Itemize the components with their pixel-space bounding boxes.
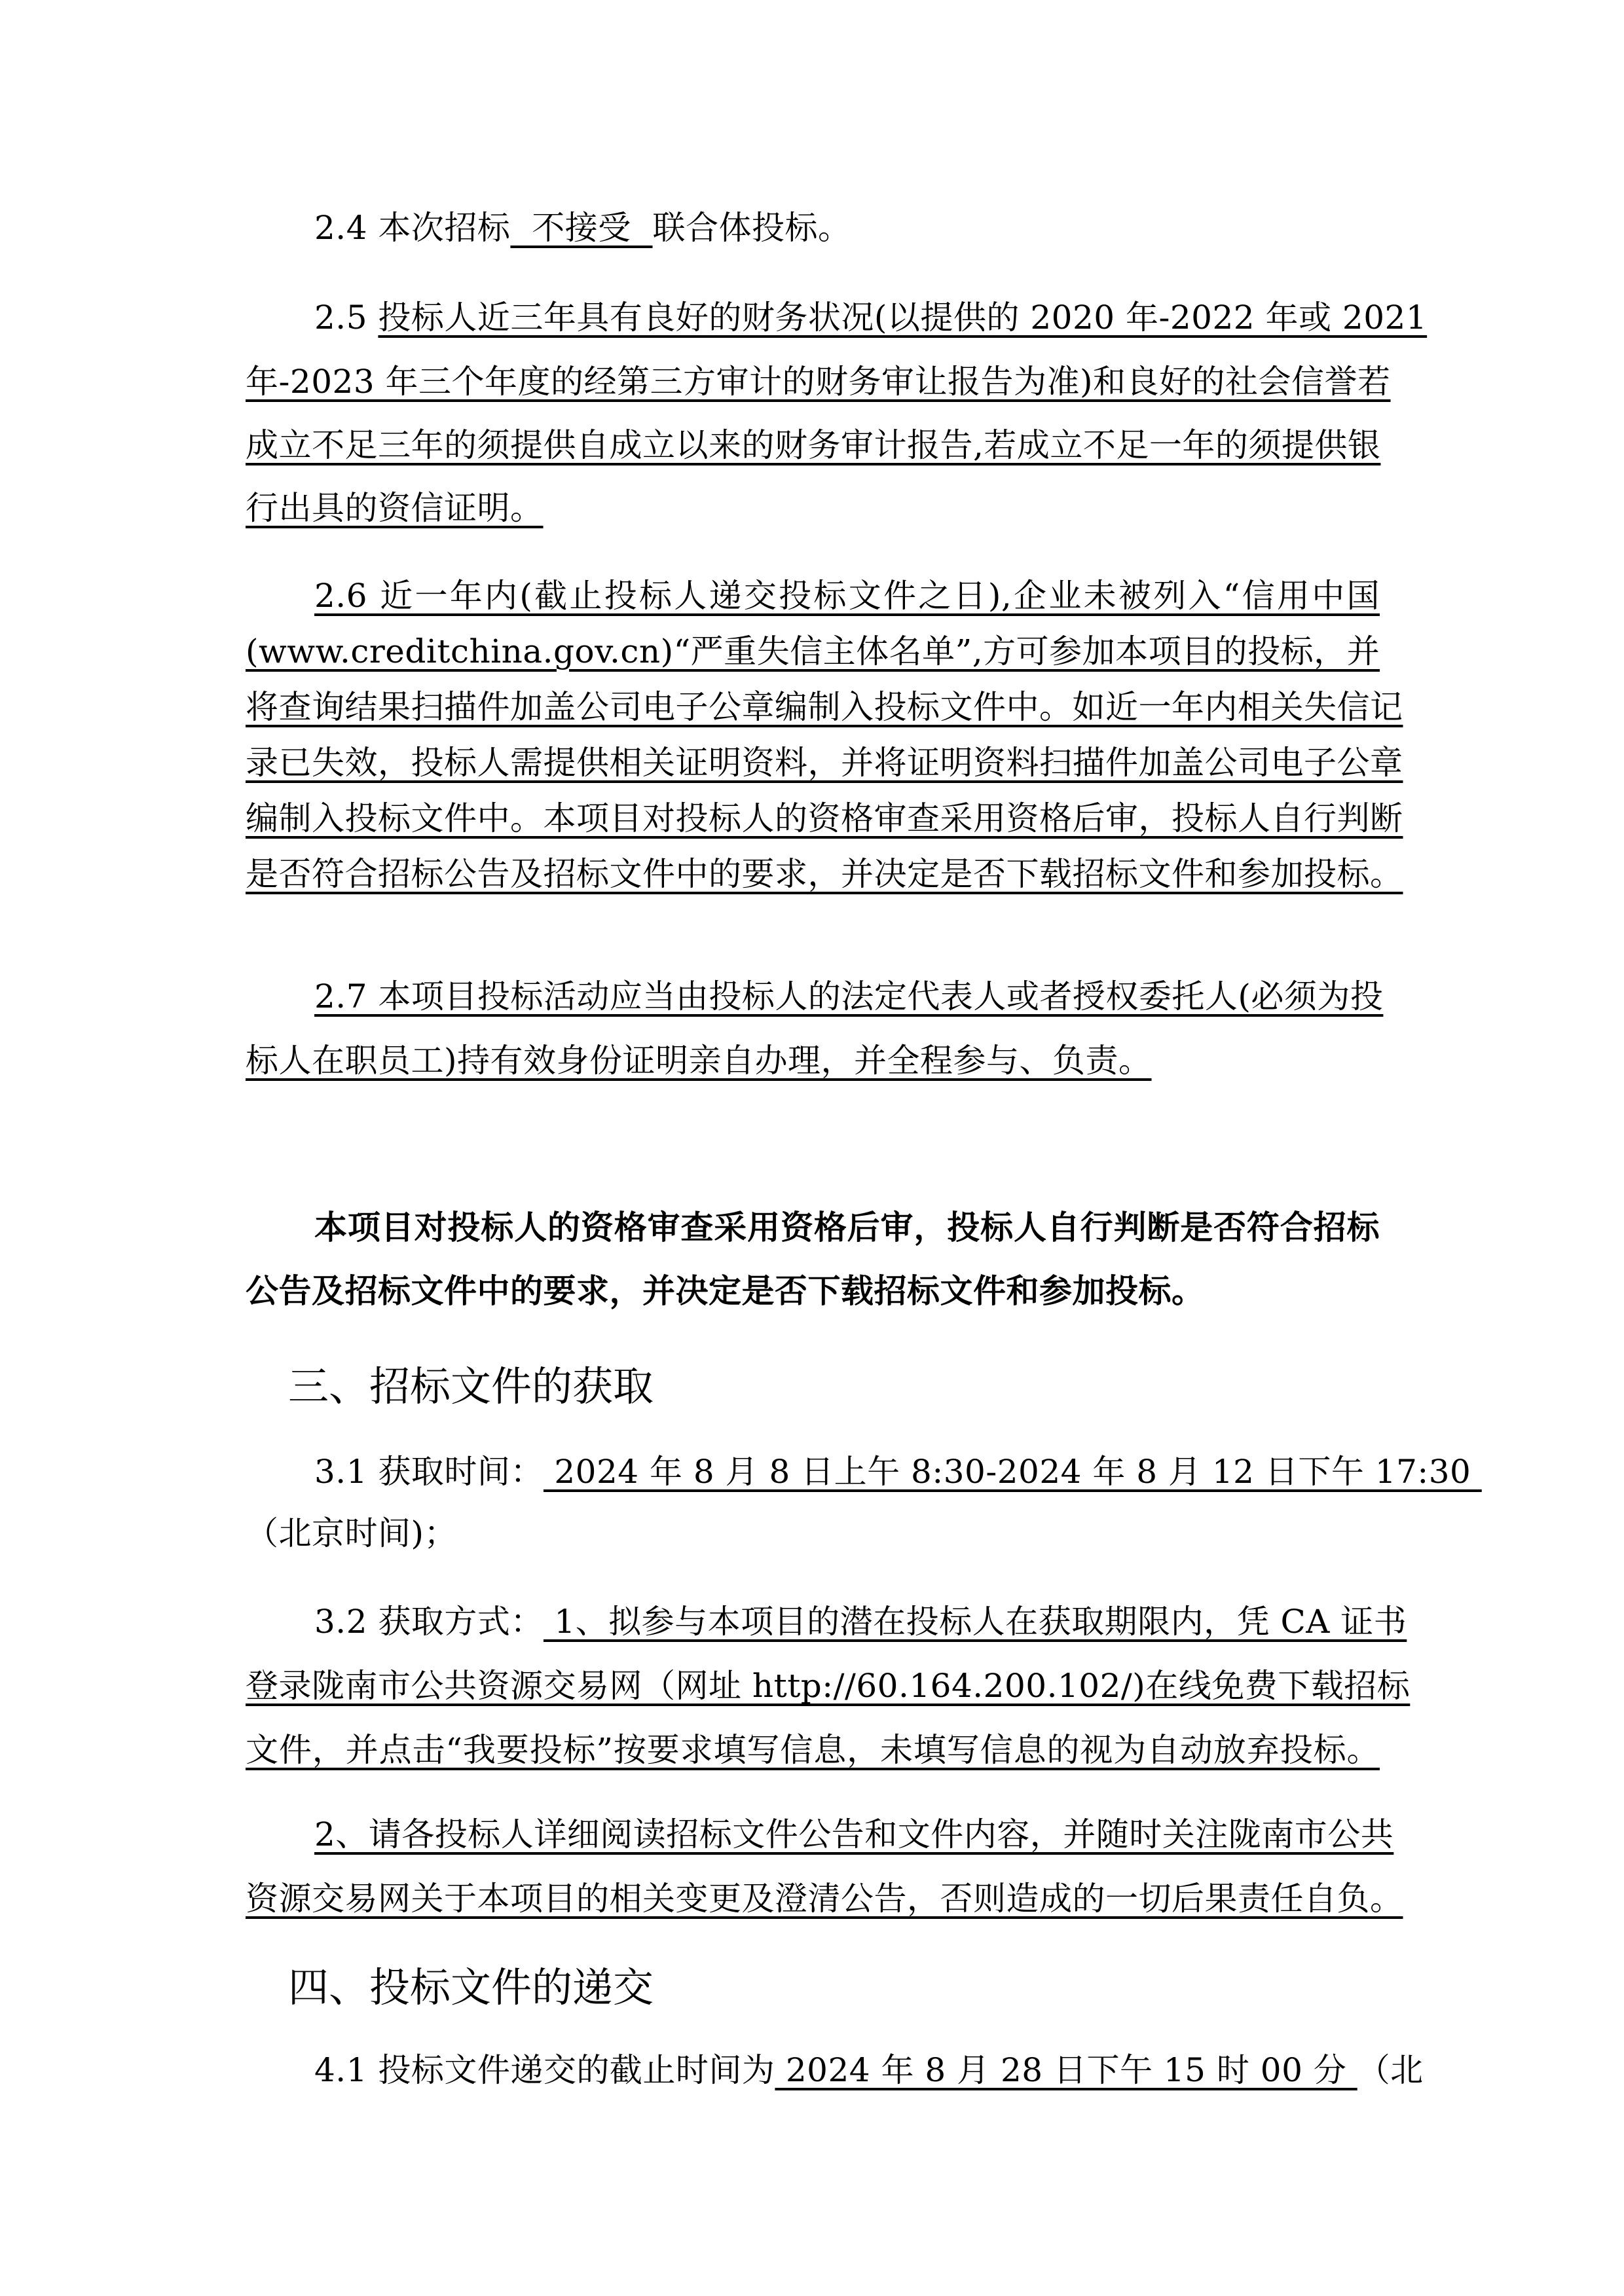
clause-3-2b-line-1: 2、请各投标人详细阅读招标文件公告和文件内容，并随时关注陇南市公共 — [246, 1815, 1380, 1854]
clause-2-7-line-1: 2.7 本项目投标活动应当由投标人的法定代表人或者授权委托人(必须为投 — [246, 977, 1380, 1016]
qualification-note-line-2: 公告及招标文件中的要求，并决定是否下载招标文件和参加投标。 — [246, 1271, 1205, 1311]
clause-2-6-line-2: (www.creditchina.gov.cn)“严重失信主体名单”,方可参加本… — [246, 632, 1380, 671]
fill-blank-submission-deadline: 2024 年 8 月 28 日下午 15 时 00 分 — [775, 2051, 1357, 2089]
clause-text: （北 — [1357, 2051, 1424, 2089]
clause-3-1-line-1: 3.1 获取时间： 2024 年 8 月 8 日上午 8:30-2024 年 8… — [246, 1452, 1380, 1491]
fill-blank-acquisition-time: 2024 年 8 月 8 日上午 8:30-2024 年 8 月 12 日下午 … — [544, 1453, 1482, 1491]
clause-text: 3.2 获取方式： — [314, 1603, 544, 1641]
clause-text: 2.4 本次招标 — [314, 209, 510, 247]
clause-text: 3.1 获取时间： — [314, 1453, 544, 1491]
fill-blank-joint-bid: 不接受 — [510, 209, 652, 247]
clause-2-7-line-2: 标人在职员工)持有效身份证明亲自办理，并全程参与、负责。 — [246, 1041, 1152, 1080]
clause-text: 2、请各投标人详细阅读招标文件公告和文件内容，并随时关注陇南市公共 — [314, 1815, 1393, 1853]
clause-2-5-line-4: 行出具的资信证明。 — [246, 488, 544, 528]
section-heading-3: 三、招标文件的获取 — [288, 1362, 654, 1412]
clause-2-6-line-3: 将查询结果扫描件加盖公司电子公章编制入投标文件中。如近一年内相关失信记 — [246, 687, 1380, 727]
clause-text: 2.7 本项目投标活动应当由投标人的法定代表人或者授权委托人(必须为投 — [314, 977, 1383, 1015]
clause-3-1-line-2: （北京时间)； — [246, 1514, 457, 1553]
clause-2-5-line-3: 成立不足三年的须提供自成立以来的财务审计报告,若成立不足一年的须提供银 — [246, 426, 1380, 465]
clause-2-6-line-5: 编制入投标文件中。本项目对投标人的资格审查采用资格后审，投标人自行判断 — [246, 799, 1380, 838]
clause-number: 2.5 — [314, 299, 378, 337]
clause-3-2-line-1: 3.2 获取方式： 1、拟参与本项目的潜在投标人在获取期限内，凭 CA 证书 — [246, 1602, 1380, 1641]
clause-2-6-line-1: 2.6 近一年内(截止投标人递交投标文件之日),企业未被列入“信用中国 — [246, 576, 1380, 615]
clause-text: 4.1 投标文件递交的截止时间为 — [314, 2051, 775, 2089]
clause-2-6-line-6: 是否符合招标公告及招标文件中的要求，并决定是否下载招标文件和参加投标。 — [246, 854, 1380, 894]
clause-text: 2.6 近一年内(截止投标人递交投标文件之日),企业未被列入“信用中国 — [314, 577, 1380, 615]
qualification-note-line-1: 本项目对投标人的资格审查采用资格后审，投标人自行判断是否符合招标 — [246, 1208, 1380, 1247]
clause-2-5-line-2: 年-2023 年三个年度的经第三方审计的财务审让报告为准)和良好的社会信誉若 — [246, 362, 1380, 401]
clause-4-1: 4.1 投标文件递交的截止时间为 2024 年 8 月 28 日下午 15 时 … — [246, 2050, 1380, 2090]
clause-2-6-line-4: 录已失效，投标人需提供相关证明资料，并将证明资料扫描件加盖公司电子公章 — [246, 743, 1380, 782]
clause-3-2-line-3: 文件，并点击“我要投标”按要求填写信息，未填写信息的视为自动放弃投标。 — [246, 1730, 1380, 1770]
clause-text: 联合体投标。 — [653, 209, 851, 247]
section-heading-4: 四、投标文件的递交 — [288, 1963, 654, 2013]
clause-3-2-line-2: 登录陇南市公共资源交易网（网址 http://60.164.200.102/)在… — [246, 1666, 1380, 1705]
clause-3-2b-line-2: 资源交易网关于本项目的相关变更及澄清公告，否则造成的一切后果责任自负。 — [246, 1879, 1380, 1918]
clause-2-5-line-1: 2.5 投标人近三年具有良好的财务状况(以提供的 2020 年-2022 年或 … — [246, 298, 1380, 337]
clause-text: 投标人近三年具有良好的财务状况(以提供的 2020 年-2022 年或 2021 — [378, 299, 1427, 337]
fill-blank-acquisition-method: 1、拟参与本项目的潜在投标人在获取期限内，凭 CA 证书 — [544, 1603, 1407, 1641]
document-page: 2.4 本次招标 不接受 联合体投标。 2.5 投标人近三年具有良好的财务状况(… — [0, 0, 1624, 2296]
clause-2-4: 2.4 本次招标 不接受 联合体投标。 — [246, 208, 1380, 247]
